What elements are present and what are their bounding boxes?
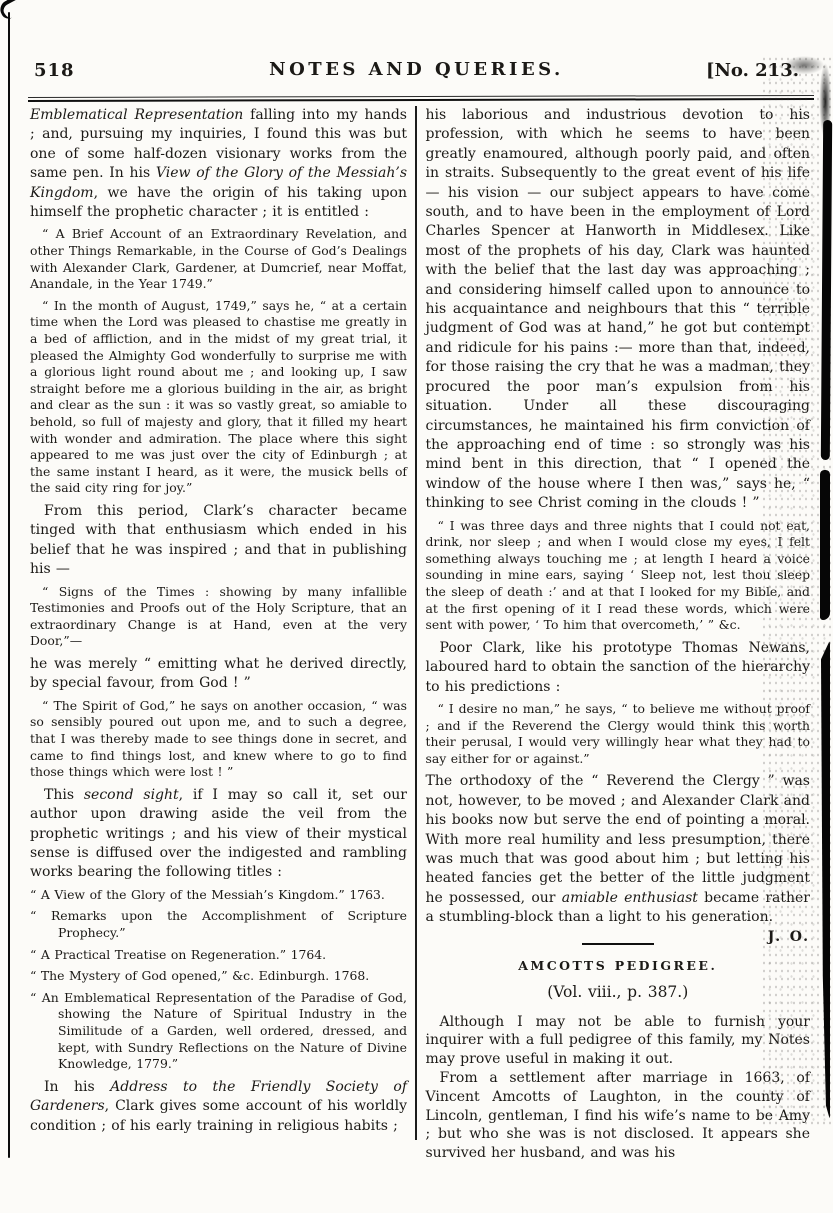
- scanned-page: 518 NOTES AND QUERIES. [No. 213. Emblema…: [0, 0, 833, 1213]
- text-quote: “ A Brief Account of an Extraordinary Re…: [30, 226, 407, 292]
- text-work: “ An Emblematical Representation of the …: [30, 990, 407, 1073]
- text-paragraph: Poor Clark, like his prototype Thomas Ne…: [426, 639, 811, 697]
- text-paragraph: Although I may not be able to furnish yo…: [426, 1013, 811, 1069]
- text-work: “ Remarks upon the Accomplishment of Scr…: [30, 908, 407, 941]
- section-reference: (Vol. viii., p. 387.): [426, 983, 811, 1001]
- text-paragraph: From a settlement after marriage in 1663…: [426, 1069, 811, 1162]
- text-columns: Emblematical Representation falling into…: [30, 106, 810, 1163]
- scan-artifact-edge-strip-middle: [820, 470, 830, 620]
- text-paragraph: This second sight, if I may so call it, …: [30, 786, 407, 883]
- text-work: “ The Mystery of God opened,” &c. Edinbu…: [30, 968, 407, 985]
- section-divider-rule: [582, 943, 654, 945]
- text-quote: “ The Spirit of God,” he says on another…: [30, 698, 407, 781]
- text-paragraph: From this period, Clark’s character beca…: [30, 502, 407, 580]
- text-paragraph: he was merely “ emitting what he derived…: [30, 655, 407, 694]
- page-header: 518 NOTES AND QUERIES. [No. 213.: [0, 58, 833, 92]
- scan-artifact-top-right-corner: [737, 52, 833, 217]
- text-work: “ A View of the Glory of the Messiah’s K…: [30, 887, 407, 904]
- text-quote: “ Signs of the Times : showing by many i…: [30, 584, 407, 650]
- section-heading: AMCOTTS PEDIGREE.: [426, 958, 811, 973]
- text-work: “ A Practical Treatise on Regeneration.”…: [30, 947, 407, 964]
- scan-artifact-left-edge-line: [8, 12, 10, 1158]
- left-column: Emblematical Representation falling into…: [30, 106, 407, 1139]
- column-divider-rule: [415, 106, 417, 1140]
- text-paragraph: The orthodoxy of the “ Reverend the Cler…: [426, 772, 811, 927]
- text-quote: “ I was three days and three nights that…: [426, 518, 811, 634]
- scan-artifact-hook-mark: [0, 0, 22, 21]
- text-quote: “ I desire no man,” he says, “ to believ…: [426, 701, 811, 767]
- text-quote: “ In the month of August, 1749,” says he…: [30, 298, 407, 497]
- text-paragraph: Emblematical Representation falling into…: [30, 106, 407, 222]
- header-rule: [28, 95, 814, 102]
- text-paragraph: In his Address to the Friendly Society o…: [30, 1078, 407, 1136]
- right-column: his laborious and industrious devotion t…: [426, 106, 811, 1163]
